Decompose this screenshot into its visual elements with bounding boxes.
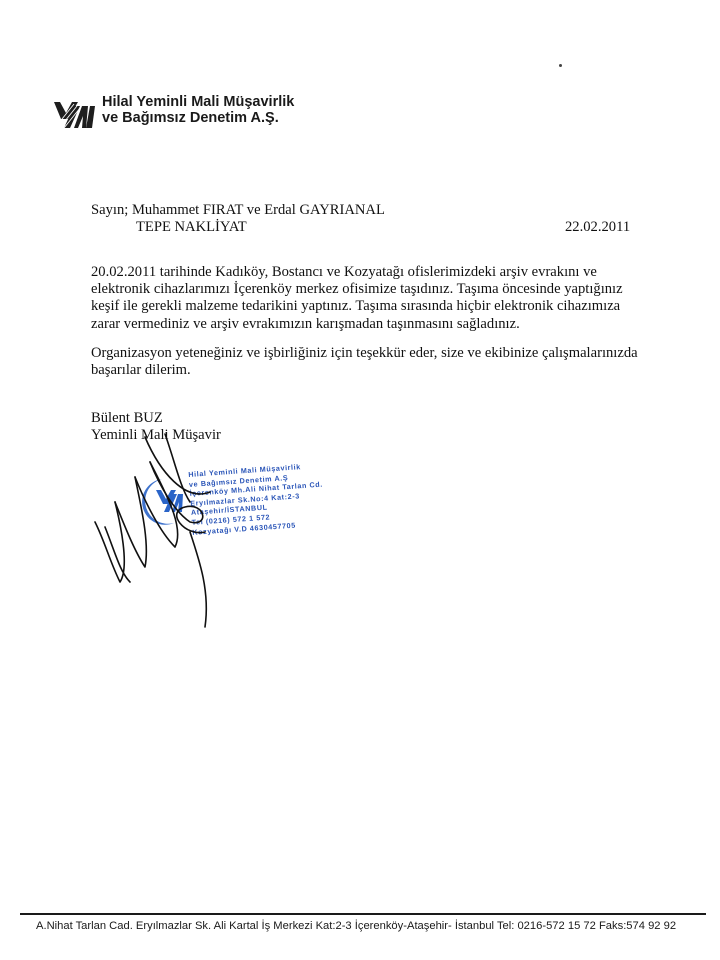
body-paragraph-2: Organizasyon yeteneğiniz ve işbirliğiniz…	[91, 345, 651, 379]
body-paragraph-1: 20.02.2011 tarihinde Kadıköy, Bostancı v…	[91, 264, 651, 333]
stamp-text: Hilal Yeminli Mali Müşavirlik ve Bağımsı…	[188, 461, 326, 537]
paragraph-line: başarılar dilerim.	[91, 362, 651, 379]
paragraph-line: 20.02.2011 tarihinde Kadıköy, Bostancı v…	[91, 264, 651, 281]
paragraph-line: Organizasyon yeteneğiniz ve işbirliğiniz…	[91, 345, 651, 362]
company-logo-icon	[30, 86, 100, 142]
company-name-line1: Hilal Yeminli Mali Müşavirlik	[102, 94, 294, 110]
letter-date: 22.02.2011	[565, 219, 630, 236]
signatory-title: Yeminli Mali Müşavir	[91, 427, 221, 444]
recipient-company: TEPE NAKLİYAT	[136, 219, 247, 236]
signatory: Bülent BUZ Yeminli Mali Müşavir	[91, 410, 221, 444]
signatory-name: Bülent BUZ	[91, 410, 221, 427]
footer-address: A.Nihat Tarlan Cad. Eryılmazlar Sk. Ali …	[36, 920, 676, 932]
salutation: Sayın; Muhammet FIRAT ve Erdal GAYRIANAL	[91, 202, 385, 219]
letter-page: Hilal Yeminli Mali Müşavirlik ve Bağımsı…	[0, 0, 720, 960]
stamp-logo-icon	[138, 476, 192, 526]
paragraph-line: zarar vermediniz ve arşiv evrakımızın ka…	[91, 316, 651, 333]
company-name-line2: ve Bağımsız Denetim A.Ş.	[102, 110, 294, 126]
paragraph-line: elektronik cihazlarımızı İçerenköy merke…	[91, 281, 651, 298]
scan-speck	[559, 64, 562, 67]
letterhead: Hilal Yeminli Mali Müşavirlik ve Bağımsı…	[30, 86, 350, 142]
paragraph-line: keşif ile gerekli malzeme tedarikini yap…	[91, 298, 651, 315]
company-name: Hilal Yeminli Mali Müşavirlik ve Bağımsı…	[102, 94, 294, 126]
company-stamp: Hilal Yeminli Mali Müşavirlik ve Bağımsı…	[138, 470, 338, 550]
footer-divider	[20, 913, 706, 915]
